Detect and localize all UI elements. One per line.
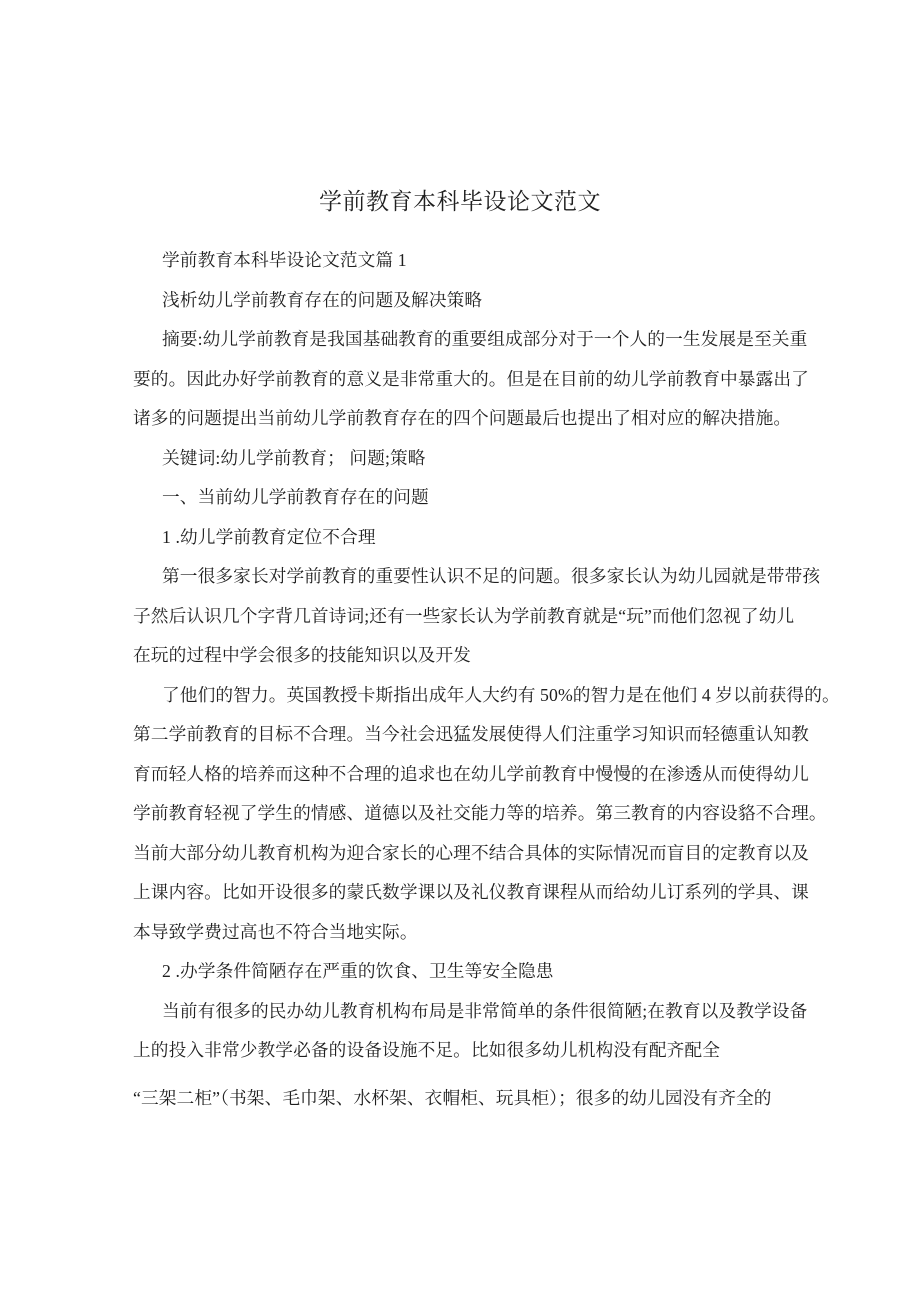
text-line: 了他们的智力。英国教授卡斯指出成年人大约有 50%的智力是在他们 4 岁以前获得… <box>133 676 833 716</box>
text-line: 上的投入非常少教学必备的设备设施不足。比如很多幼儿机构没有配齐配全 <box>133 1031 833 1071</box>
text-line: 1 .幼儿学前教育定位不合理 <box>133 518 833 558</box>
text-line: 第一很多家长对学前教育的重要性认识不足的问题。很多家长认为幼儿园就是带带孩 <box>133 557 833 597</box>
text-line: 诸多的问题提出当前幼儿学前教育存在的四个问题最后也提出了相对应的解决措施。 <box>133 399 833 439</box>
text-line: 2 .办学条件简陋存在严重的饮食、卫生等安全隐患 <box>133 952 833 992</box>
text-line: 在玩的过程中学会很多的技能知识以及开发 <box>133 636 833 676</box>
text-line: 一、当前幼儿学前教育存在的问题 <box>133 478 833 518</box>
document-title: 学前教育本科毕设论文范文 <box>0 0 920 215</box>
text-line: 摘要:幼儿学前教育是我国基础教育的重要组成部分对于一个人的一生发展是至关重 <box>133 320 833 360</box>
document-page: 学前教育本科毕设论文范文 学前教育本科毕设论文范文篇 1浅析幼儿学前教育存在的问… <box>0 0 920 1301</box>
text-line: 学前教育轻视了学生的情感、道德以及社交能力等的培养。第三教育的内容设貉不合理。 <box>133 794 833 834</box>
text-line: 当前大部分幼儿教育机构为迎合家长的心理不结合具体的实际情况而盲目的定教育以及 <box>133 834 833 874</box>
text-line: 要的。因此办好学前教育的意义是非常重大的。但是在目前的幼儿学前教育中暴露出了 <box>133 360 833 400</box>
text-line: 第二学前教育的目标不合理。当今社会迅猛发展使得人们注重学习知识而轻德重认知教 <box>133 715 833 755</box>
text-line: 上课内容。比如开设很多的蒙氏数学课以及礼仪教育课程从而给幼儿订系列的学具、课 <box>133 873 833 913</box>
text-line: 育而轻人格的培养而这种不合理的追求也在幼儿学前教育中慢慢的在渗透从而使得幼儿 <box>133 755 833 795</box>
text-line: 浅析幼儿学前教育存在的问题及解决策略 <box>133 281 833 321</box>
text-line: 本导致学费过高也不符合当地实际。 <box>133 913 833 953</box>
text-line: 学前教育本科毕设论文范文篇 1 <box>133 241 833 281</box>
text-line: “三架二柜”（书架、毛巾架、水杯架、衣帽柜、玩具柜）；很多的幼儿园没有齐全的 <box>133 1079 833 1119</box>
text-line: 子然后认识几个字背几首诗词;还有一些家长认为学前教育就是“玩”而他们忽视了幼儿 <box>133 597 833 637</box>
text-line: 当前有很多的民办幼儿教育机构布局是非常简单的条件很简陋;在教育以及教学设备 <box>133 992 833 1032</box>
document-body: 学前教育本科毕设论文范文篇 1浅析幼儿学前教育存在的问题及解决策略摘要:幼儿学前… <box>133 241 833 1118</box>
text-line: 关键词:幼儿学前教育； 问题;策略 <box>133 439 833 479</box>
